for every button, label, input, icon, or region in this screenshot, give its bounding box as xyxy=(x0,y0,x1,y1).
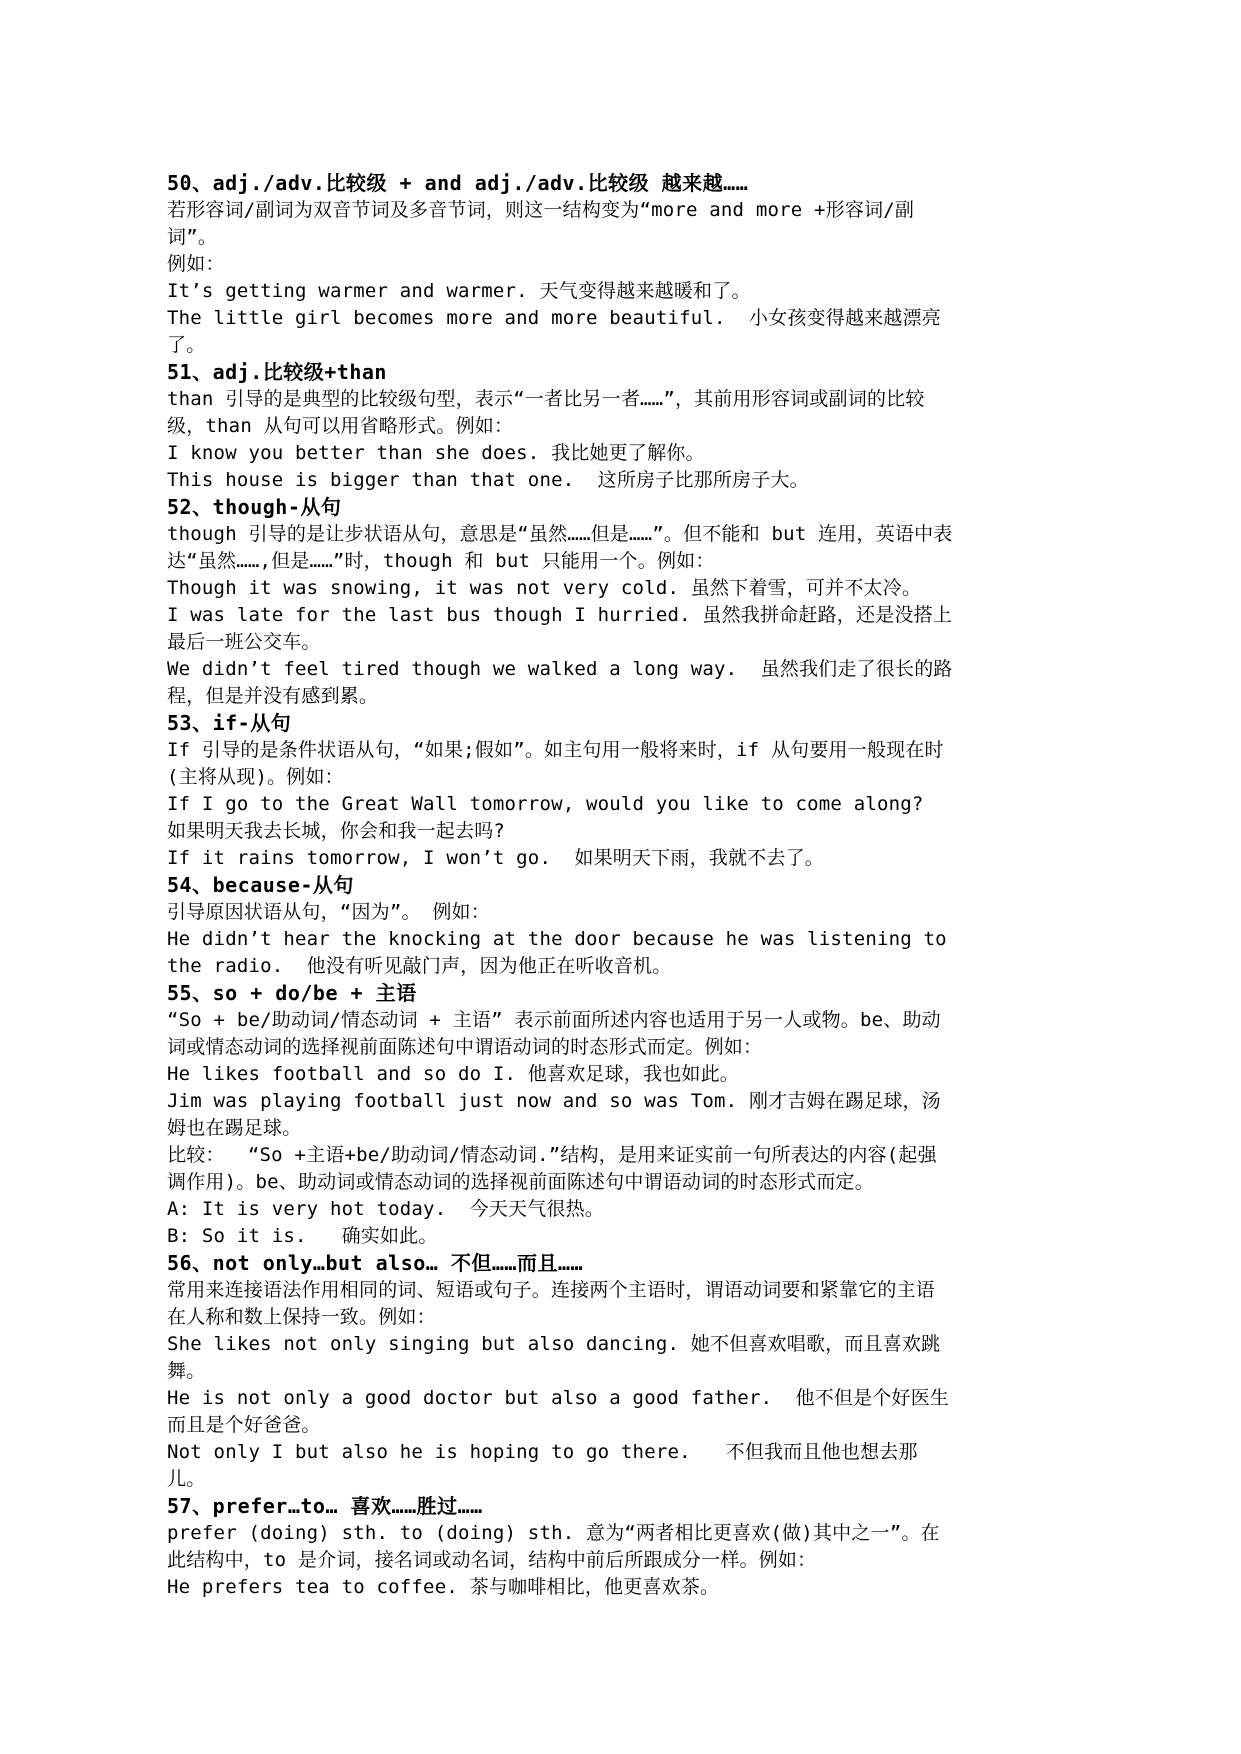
paragraph: If I go to the Great Wall tomorrow, woul… xyxy=(167,791,953,845)
paragraph: If it rains tomorrow, I won’t go. 如果明天下雨… xyxy=(167,845,953,872)
paragraph: It’s getting warmer and warmer. 天气变得越来越暖… xyxy=(167,278,953,305)
section-heading: 51、adj.比较级+than xyxy=(167,359,953,386)
paragraph: She likes not only singing but also danc… xyxy=(167,1331,953,1385)
paragraph: The little girl becomes more and more be… xyxy=(167,305,953,359)
paragraph: though 引导的是让步状语从句，意思是“虽然……但是……”。但不能和 but… xyxy=(167,521,953,575)
section-body: than 引导的是典型的比较级句型，表示“一者比另一者……”，其前用形容词或副词… xyxy=(167,386,953,494)
document-page: 50、adj./adv.比较级 + and adj./adv.比较级 越来越……… xyxy=(0,0,1241,1754)
paragraph: 例如： xyxy=(167,251,953,278)
paragraph: B: So it is. 确实如此。 xyxy=(167,1223,953,1250)
section-heading: 55、so + do/be + 主语 xyxy=(167,980,953,1007)
paragraph: He prefers tea to coffee. 茶与咖啡相比，他更喜欢茶。 xyxy=(167,1574,953,1601)
paragraph: This house is bigger than that one. 这所房子… xyxy=(167,467,953,494)
paragraph: If 引导的是条件状语从句，“如果;假如”。如主句用一般将来时，if 从句要用一… xyxy=(167,737,953,791)
section-body: prefer (doing) sth. to (doing) sth. 意为“两… xyxy=(167,1520,953,1601)
grammar-section-55: 55、so + do/be + 主语 “So + be/助动词/情态动词 + 主… xyxy=(167,980,953,1250)
section-heading: 52、though-从句 xyxy=(167,494,953,521)
section-heading: 53、if-从句 xyxy=(167,710,953,737)
section-heading: 56、not only…but also… 不但……而且…… xyxy=(167,1250,953,1277)
grammar-section-57: 57、prefer…to… 喜欢……胜过…… prefer (doing) st… xyxy=(167,1493,953,1601)
grammar-section-51: 51、adj.比较级+than than 引导的是典型的比较级句型，表示“一者比… xyxy=(167,359,953,494)
paragraph: 比较： “So +主语+be/助动词/情态动词.”结构，是用来证实前一句所表达的… xyxy=(167,1142,953,1196)
grammar-section-54: 54、because-从句 引导原因状语从句，“因为”。 例如：He didn’… xyxy=(167,872,953,980)
grammar-section-52: 52、though-从句 though 引导的是让步状语从句，意思是“虽然……但… xyxy=(167,494,953,710)
paragraph: prefer (doing) sth. to (doing) sth. 意为“两… xyxy=(167,1520,953,1574)
section-body: “So + be/助动词/情态动词 + 主语” 表示前面所述内容也适用于另一人或… xyxy=(167,1007,953,1250)
section-body: If 引导的是条件状语从句，“如果;假如”。如主句用一般将来时，if 从句要用一… xyxy=(167,737,953,872)
paragraph: We didn’t feel tired though we walked a … xyxy=(167,656,953,710)
paragraph: 常用来连接语法作用相同的词、短语或句子。连接两个主语时，谓语动词要和紧靠它的主语… xyxy=(167,1277,953,1331)
paragraph: I was late for the last bus though I hur… xyxy=(167,602,953,656)
paragraph: I know you better than she does. 我比她更了解你… xyxy=(167,440,953,467)
paragraph: He didn’t hear the knocking at the door … xyxy=(167,926,953,980)
paragraph: A: It is very hot today. 今天天气很热。 xyxy=(167,1196,953,1223)
grammar-section-50: 50、adj./adv.比较级 + and adj./adv.比较级 越来越……… xyxy=(167,170,953,359)
section-heading: 50、adj./adv.比较级 + and adj./adv.比较级 越来越…… xyxy=(167,170,953,197)
section-heading: 57、prefer…to… 喜欢……胜过…… xyxy=(167,1493,953,1520)
section-body: 常用来连接语法作用相同的词、短语或句子。连接两个主语时，谓语动词要和紧靠它的主语… xyxy=(167,1277,953,1493)
section-heading: 54、because-从句 xyxy=(167,872,953,899)
paragraph: “So + be/助动词/情态动词 + 主语” 表示前面所述内容也适用于另一人或… xyxy=(167,1007,953,1061)
grammar-section-56: 56、not only…but also… 不但……而且…… 常用来连接语法作用… xyxy=(167,1250,953,1493)
paragraph: Though it was snowing, it was not very c… xyxy=(167,575,953,602)
paragraph: 若形容词/副词为双音节词及多音节词，则这一结构变为“more and more … xyxy=(167,197,953,251)
paragraph: Not only I but also he is hoping to go t… xyxy=(167,1439,953,1493)
paragraph: 引导原因状语从句，“因为”。 例如： xyxy=(167,899,953,926)
section-body: 引导原因状语从句，“因为”。 例如：He didn’t hear the kno… xyxy=(167,899,953,980)
paragraph: Jim was playing football just now and so… xyxy=(167,1088,953,1142)
paragraph: He likes football and so do I. 他喜欢足球，我也如… xyxy=(167,1061,953,1088)
paragraph: than 引导的是典型的比较级句型，表示“一者比另一者……”，其前用形容词或副词… xyxy=(167,386,953,440)
section-body: 若形容词/副词为双音节词及多音节词，则这一结构变为“more and more … xyxy=(167,197,953,359)
paragraph: He is not only a good doctor but also a … xyxy=(167,1385,953,1439)
section-body: though 引导的是让步状语从句，意思是“虽然……但是……”。但不能和 but… xyxy=(167,521,953,710)
grammar-section-53: 53、if-从句 If 引导的是条件状语从句，“如果;假如”。如主句用一般将来时… xyxy=(167,710,953,872)
